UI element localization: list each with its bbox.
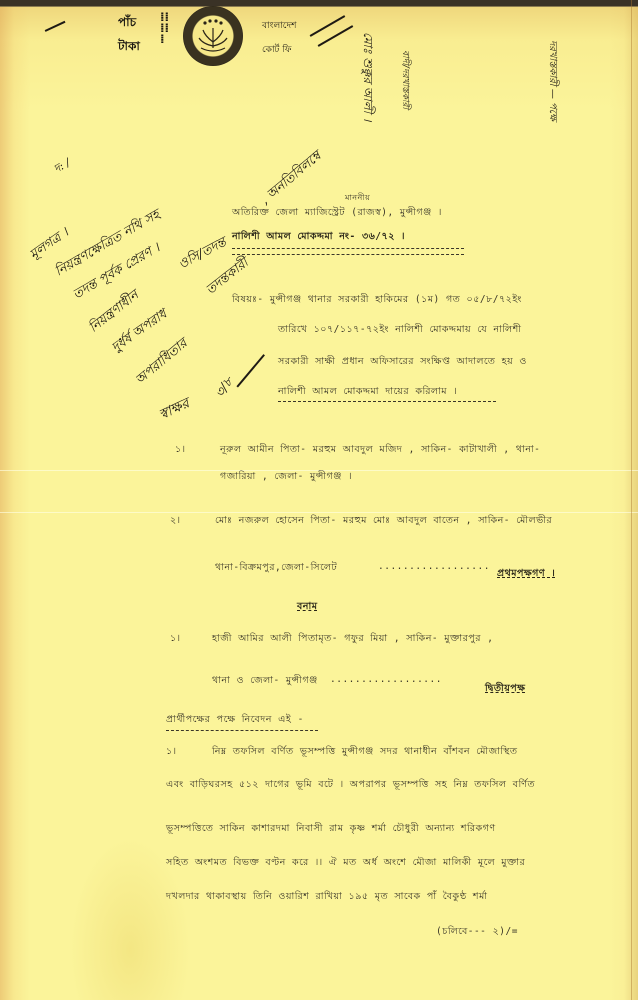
dotted-leader: .................. bbox=[378, 561, 490, 572]
statement-line: দখলদার থাকাবস্থায় তিনি ওয়ারিশ রাখিয়া … bbox=[166, 890, 488, 905]
respondent-line: থানা ও জেলা- মুন্সীগঞ্জ bbox=[212, 674, 318, 689]
petitioner-line: নূরুল আমীন পিতা- মরহুম আবদুল মজিদ , সাকি… bbox=[220, 443, 540, 458]
statement-heading-underline bbox=[166, 730, 318, 731]
stamp-paper-background bbox=[0, 0, 638, 1000]
versus-heading: বনাম bbox=[297, 600, 318, 615]
statement-heading: প্রার্থীপক্ষের পক্ষে নিবেদন এই - bbox=[166, 713, 304, 728]
stamp-value-word: পাঁচ bbox=[118, 14, 136, 34]
bangladesh-emblem-icon bbox=[183, 6, 243, 66]
party-role-first: প্রথমপক্ষগণ । bbox=[497, 567, 555, 582]
petitioner-number: ২। bbox=[170, 514, 181, 529]
statement-line: নিম্ন তফসিল বর্ণিত ভূসম্পত্তি মুন্সীগঞ্জ… bbox=[212, 745, 518, 760]
stamp-country-label: বাংলাদেশ bbox=[262, 18, 296, 33]
continuation-marker: (চলিবে--- ২)/= bbox=[436, 925, 518, 940]
subject-line: নালিশী আমল মোকদ্দমা দায়ের করিলাম । bbox=[278, 385, 457, 400]
case-title-underline bbox=[232, 254, 464, 255]
statement-line: সহিত অংশমত বিভক্ত বণ্টন করে ।। ঐ মত অর্ধ… bbox=[166, 856, 525, 871]
petitioner-line: মোঃ নজরুল হোসেন পিতা- মরহুম মোঃ আবদুল বা… bbox=[215, 514, 552, 529]
case-title-underline bbox=[232, 248, 464, 249]
petitioner-line: থানা-বিক্রমপুর,জেলা-সিলেট bbox=[215, 561, 337, 576]
stamp-court-fee-label: কোর্ট ফি bbox=[262, 42, 291, 57]
margin-note-petitioner-name: মোঃ শুক্কুর আলী । bbox=[358, 32, 378, 142]
margin-note-top-right: দরখাস্তকারী — পক্ষে bbox=[543, 40, 560, 121]
respondent-line: হাজী আমির আলী পিতামৃত- গফুর মিয়া , সাকি… bbox=[212, 632, 493, 647]
respondent-number: ১। bbox=[170, 632, 181, 647]
paper-top-edge bbox=[0, 0, 638, 7]
addressee: অতিরিক্ত জেলা ম্যাজিস্ট্রেট (রাজস্ব), মু… bbox=[232, 206, 442, 221]
margin-note-petitioner-role: বাদী/দরখাস্তকারী bbox=[398, 50, 413, 109]
party-role-second: দ্বিতীয়পক্ষ bbox=[485, 682, 525, 697]
subject-underline bbox=[278, 401, 496, 402]
stamp-currency-word: টাকা bbox=[118, 38, 140, 58]
salutation: মাননীয় bbox=[345, 192, 370, 205]
petitioner-number: ১। bbox=[175, 443, 186, 458]
subject-line: বিষয়ঃ- মুন্সীগঞ্জ থানার সরকারী হাকিমের … bbox=[232, 293, 522, 308]
case-title: নালিশী আমল মোকদ্দমা নং- ৩৬/৭২ । bbox=[232, 230, 405, 245]
subject-line: তারিখে ১০৭/১১৭-৭২ইং নালিশী মোকদ্দমায় যে… bbox=[278, 323, 521, 338]
paper-fold-crease bbox=[0, 512, 638, 513]
paper-right-edge bbox=[631, 0, 632, 1000]
stamp-decoration-dots: ⁞⁞⁞⁞⁞ bbox=[160, 12, 169, 45]
statement-line: ভূসম্পত্তিতে সাকিন কাশারদমা নিবাসী রাম ক… bbox=[166, 822, 496, 837]
statement-line: এবং বাড়িঘরসহ ৫১২ দাগের ভূমি বটে । অপরাপ… bbox=[166, 778, 535, 793]
petitioner-line: গজারিয়া , জেলা- মুন্সীগঞ্জ । bbox=[220, 470, 352, 485]
dotted-leader: .................. bbox=[330, 674, 442, 685]
paragraph-number: ১। bbox=[166, 745, 177, 760]
subject-line: সরকারী সাক্ষী প্রধান অফিসারের সংক্ষিপ্ত … bbox=[278, 355, 527, 370]
